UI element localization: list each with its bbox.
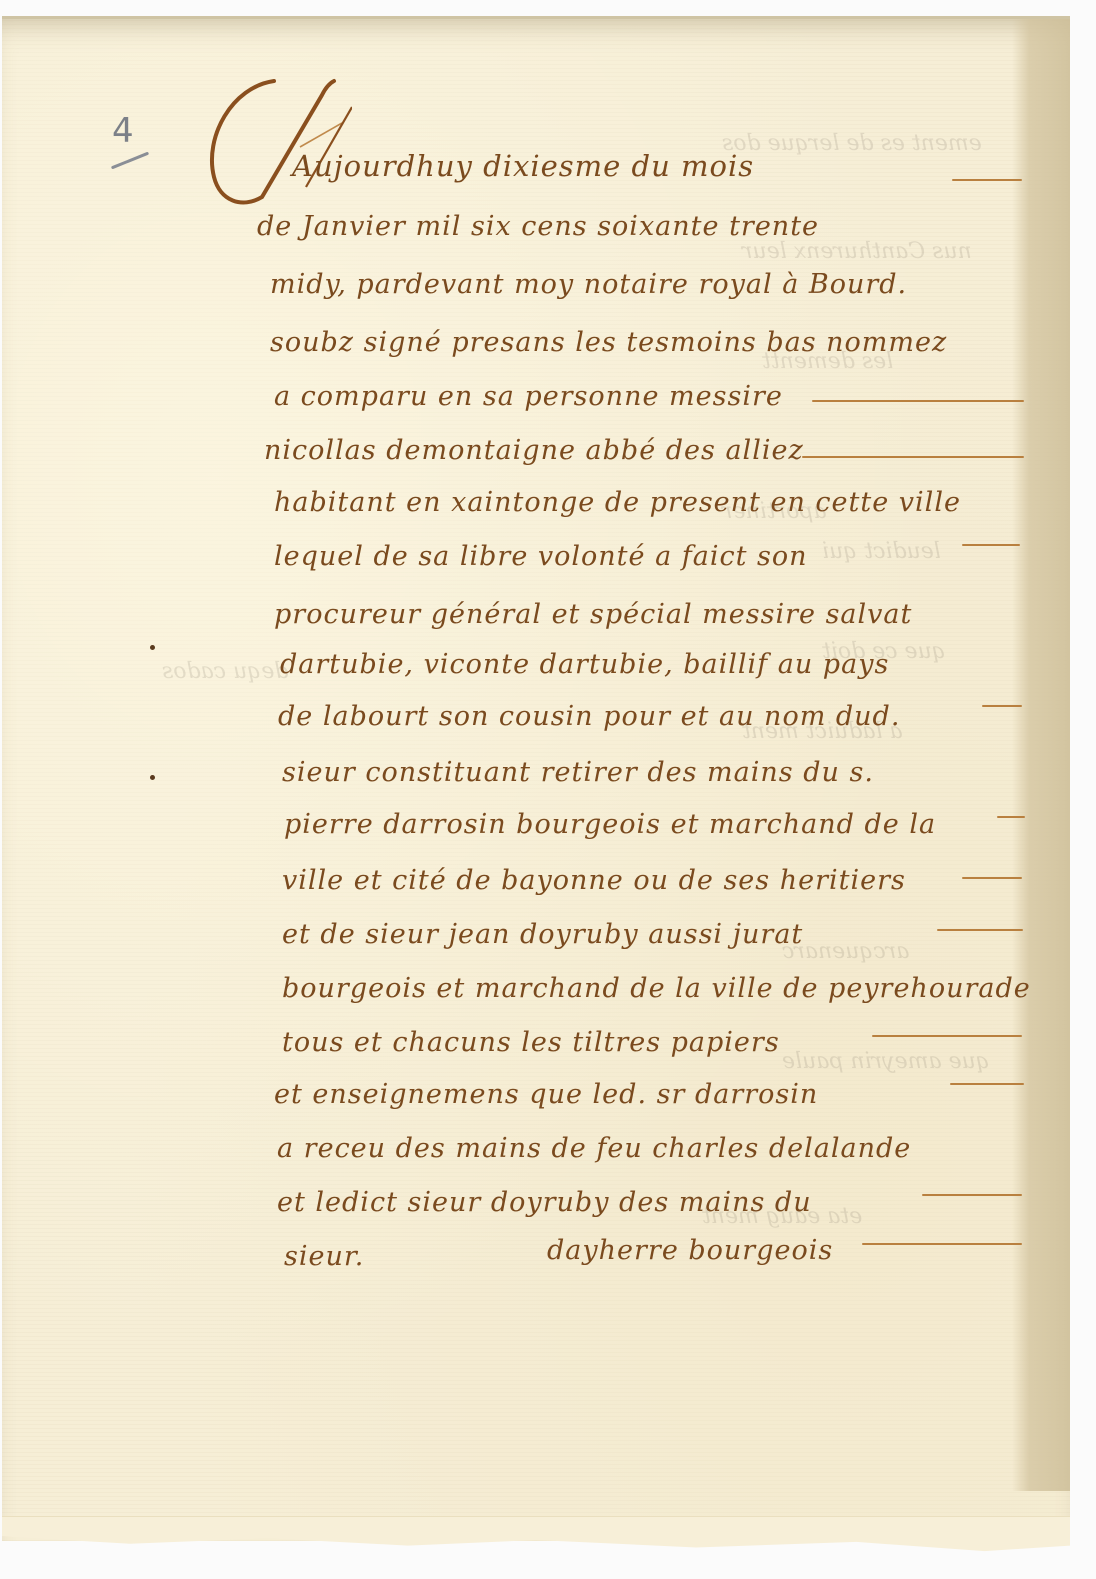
bleed-through-text: leudict qui [822, 539, 941, 564]
manuscript-line-19: a receu des mains de feu charles delalan… [277, 1133, 911, 1164]
manuscript-line-12: sieur constituant retirer des mains du s… [282, 757, 874, 788]
page-edge-shadow [1012, 19, 1070, 1491]
manuscript-line-3: midy, pardevant moy notaire royal à Bour… [270, 269, 907, 300]
line-filler-stroke [982, 705, 1022, 707]
manuscript-line-7: habitant en xaintonge de present en cett… [274, 487, 961, 518]
manuscript-line-11: de labourt son cousin pour et au nom dud… [278, 701, 900, 732]
line-filler-stroke [872, 1035, 1022, 1037]
manuscript-line-20: et ledict sieur doyruby des mains du [277, 1187, 812, 1218]
line-filler-stroke [952, 179, 1022, 181]
decorated-initial-icon [202, 77, 352, 217]
bleed-through-text: que ameyrin paule [782, 1049, 990, 1074]
line-filler-stroke [862, 1243, 1022, 1245]
line-filler-stroke [922, 1194, 1022, 1196]
bleed-through-text: nus Canthurenx leur [742, 239, 972, 264]
line-filler-stroke [950, 1083, 1024, 1085]
folio-number: 4 [112, 111, 134, 151]
manuscript-line-13: pierre darrosin bourgeois et marchand de… [284, 809, 936, 840]
page-torn-edge [2, 1516, 1070, 1553]
line-filler-stroke [937, 929, 1023, 931]
manuscript-line-10: dartubie, viconte dartubie, baillif au p… [280, 649, 889, 680]
folio-pencil-mark [111, 152, 149, 170]
manuscript-line-8: lequel de sa libre volonté a faict son [274, 541, 808, 572]
manuscript-line-2: de Janvier mil six cens soixante trente [257, 211, 819, 242]
manuscript-line-18: et enseignemens que led. sr darrosin [274, 1079, 818, 1110]
ink-spot [150, 645, 155, 650]
manuscript-line-6: nicollas demontaigne abbé des alliez [264, 435, 804, 466]
ink-spot [150, 775, 155, 780]
line-filler-stroke [962, 877, 1022, 879]
manuscript-line-21: sieur. [284, 1241, 364, 1272]
manuscript-line-17: tous et chacuns les tiltres papiers [282, 1027, 780, 1058]
manuscript-line-22: dayherre bourgeois [547, 1235, 833, 1266]
manuscript-line-16: bourgeois et marchand de la ville de pey… [282, 973, 1031, 1004]
manuscript-line-4: soubz signé presans les tesmoins bas nom… [270, 327, 947, 358]
manuscript-page: ement es de lerque dos nus Canthurenx le… [2, 16, 1070, 1541]
line-filler-stroke [802, 456, 1024, 458]
manuscript-line-15: et de sieur jean doyruby aussi jurat [282, 919, 803, 950]
manuscript-line-14: ville et cité de bayonne ou de ses herit… [282, 865, 906, 896]
line-filler-stroke [962, 544, 1020, 546]
bleed-through-text: ement es de lerque dos [722, 131, 982, 156]
line-filler-stroke [997, 816, 1025, 818]
bleed-through-text: dequ cados [162, 659, 288, 684]
manuscript-line-1: Aujourdhuy dixiesme du mois [292, 149, 754, 183]
manuscript-line-9: procureur général et spécial messire sal… [274, 599, 912, 630]
manuscript-line-5: a comparu en sa personne messire [274, 381, 783, 412]
line-filler-stroke [812, 400, 1024, 402]
